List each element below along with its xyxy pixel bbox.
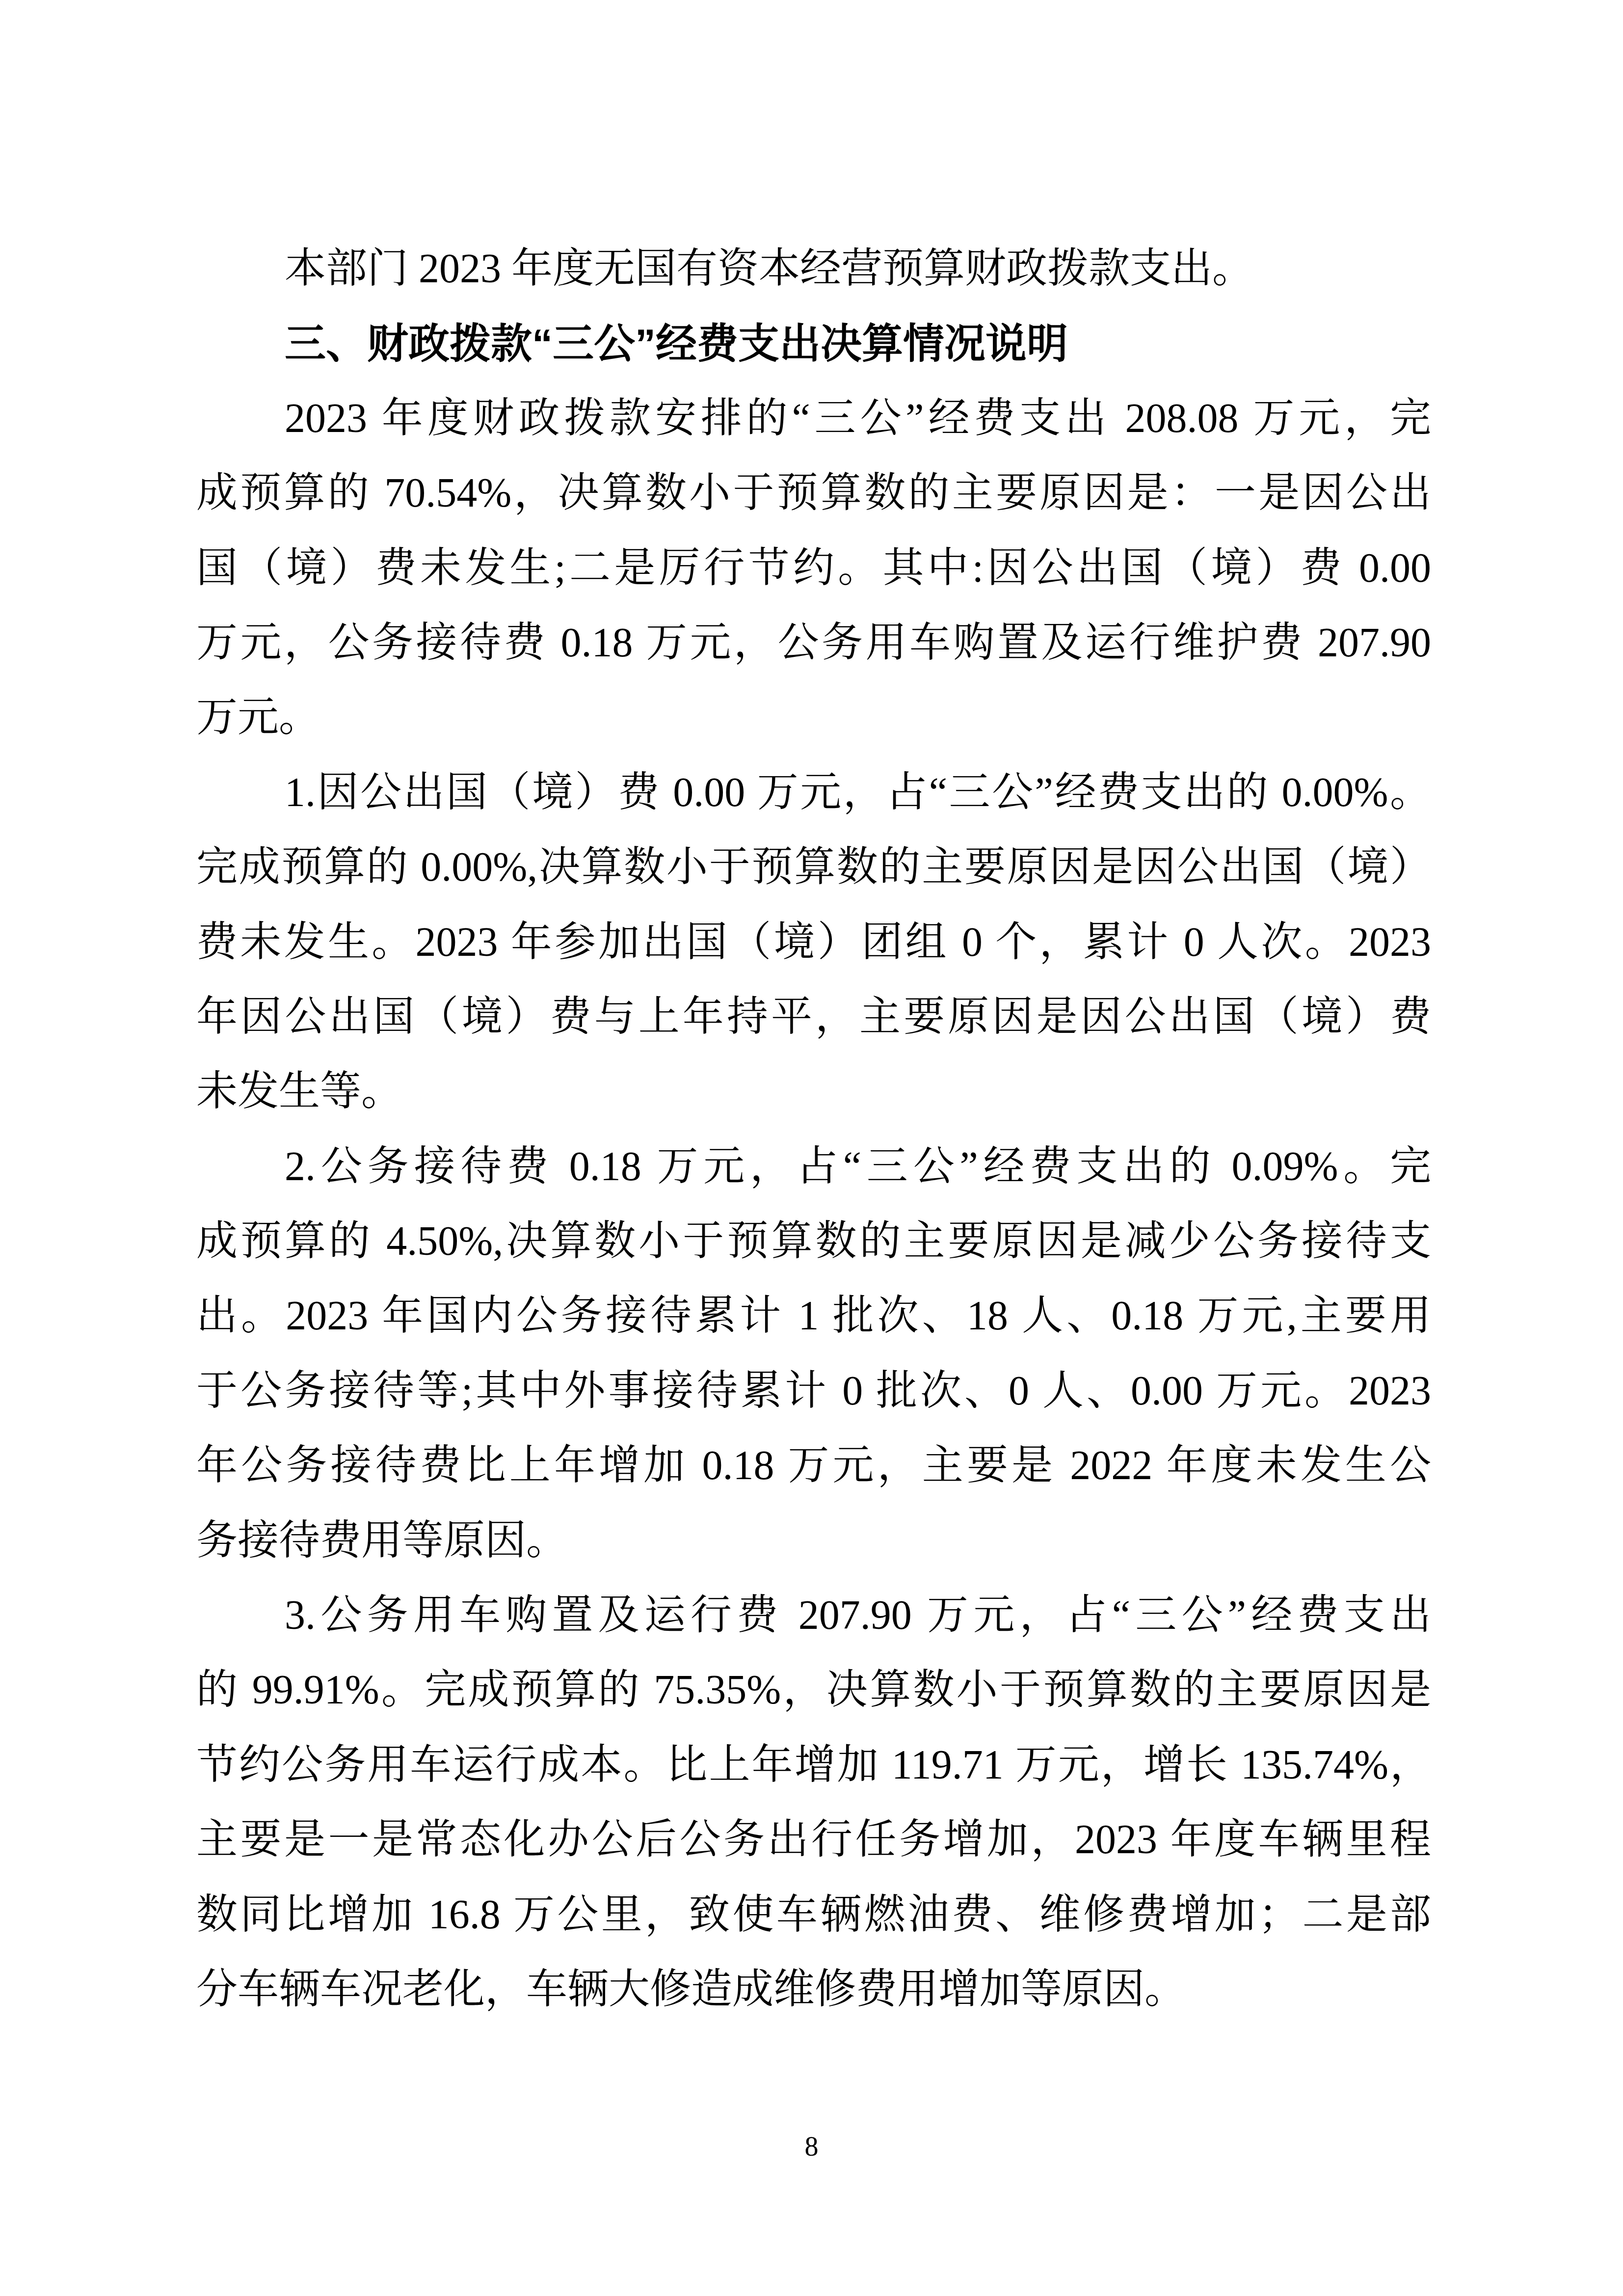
- text-line: 未发生等。: [196, 1054, 1431, 1129]
- text-line: 国（境）费未发生;二是厉行节约。其中:因公出国（境）费 0.00: [196, 531, 1431, 606]
- text-line: 年因公出国（境）费与上年持平，主要原因是因公出国（境）费: [196, 980, 1431, 1054]
- text-line: 分车辆车况老化，车辆大修造成维修费用增加等原因。: [196, 1952, 1431, 2027]
- text-line: 完成预算的 0.00%,决算数小于预算数的主要原因是因公出国（境）: [196, 830, 1431, 905]
- text-line: 2023 年度财政拨款安排的“三公”经费支出 208.08 万元，完: [196, 381, 1431, 456]
- text-line: 万元，公务接待费 0.18 万元，公务用车购置及运行维护费 207.90: [196, 606, 1431, 680]
- page-number: 8: [0, 2129, 1623, 2164]
- text-line: 成预算的 4.50%,决算数小于预算数的主要原因是减少公务接待支: [196, 1204, 1431, 1279]
- text-line: 万元。: [196, 680, 1431, 755]
- text-line: 主要是一是常态化办公后公务出行任务增加，2023 年度车辆里程: [196, 1803, 1431, 1877]
- text-line: 务接待费用等原因。: [196, 1504, 1431, 1578]
- text-line: 成预算的 70.54%，决算数小于预算数的主要原因是：一是因公出: [196, 456, 1431, 531]
- text-line: 的 99.91%。完成预算的 75.35%，决算数小于预算数的主要原因是: [196, 1653, 1431, 1728]
- text-line: 三、财政拨款“三公”经费支出决算情况说明: [196, 306, 1431, 381]
- text-line: 节约公务用车运行成本。比上年增加 119.71 万元，增长 135.74%，: [196, 1728, 1431, 1803]
- text-line: 1.因公出国（境）费 0.00 万元，占“三公”经费支出的 0.00%。: [196, 756, 1431, 830]
- text-line: 费未发生。2023 年参加出国（境）团组 0 个，累计 0 人次。2023: [196, 905, 1431, 980]
- text-line: 出。2023 年国内公务接待累计 1 批次、18 人、0.18 万元,主要用: [196, 1279, 1431, 1353]
- text-line: 2.公务接待费 0.18 万元，占“三公”经费支出的 0.09%。完: [196, 1130, 1431, 1204]
- document-page: 本部门 2023 年度无国有资本经营预算财政拨款支出。三、财政拨款“三公”经费支…: [0, 0, 1623, 2296]
- text-line: 3.公务用车购置及运行费 207.90 万元，占“三公”经费支出: [196, 1578, 1431, 1653]
- text-line: 于公务接待等;其中外事接待累计 0 批次、0 人、0.00 万元。2023: [196, 1354, 1431, 1429]
- document-text-block: 本部门 2023 年度无国有资本经营预算财政拨款支出。三、财政拨款“三公”经费支…: [196, 232, 1431, 2027]
- text-line: 数同比增加 16.8 万公里，致使车辆燃油费、维修费增加；二是部: [196, 1878, 1431, 1952]
- text-line: 年公务接待费比上年增加 0.18 万元，主要是 2022 年度未发生公: [196, 1429, 1431, 1503]
- text-line: 本部门 2023 年度无国有资本经营预算财政拨款支出。: [196, 232, 1431, 306]
